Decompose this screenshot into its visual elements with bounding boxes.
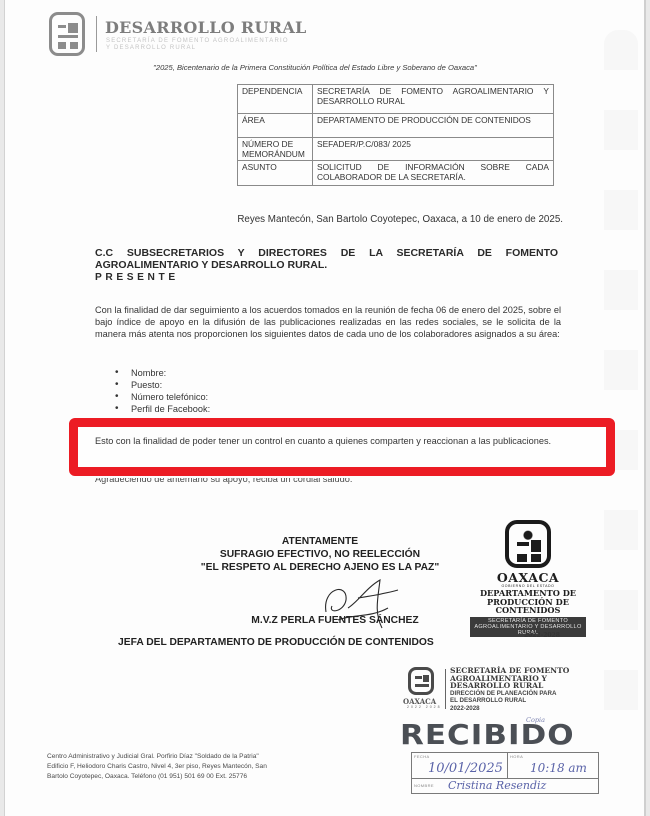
list-item: Puesto: xyxy=(115,379,210,391)
recv-secretaria: SECRETARÍA DE FOMENTO AGROALIMENTARIO Y … xyxy=(450,667,585,690)
time-label: HORA xyxy=(510,754,523,759)
name-label: NOMBRE xyxy=(414,783,434,788)
signer-title: JEFA DEL DEPARTAMENTO DE PRODUCCIÓN DE C… xyxy=(118,637,434,648)
row-value: SOLICITUD DE INFORMACIÓN SOBRE CADA COLA… xyxy=(313,161,554,186)
watermark-pattern xyxy=(604,30,638,730)
recv-period: 2022-2028 xyxy=(450,705,480,712)
recv-direccion: DIRECCIÓN DE PLANEACIÓN PARA EL DESARROL… xyxy=(450,690,560,704)
stamp-department: DEPARTAMENTO DE PRODUCCIÓN DE CONTENIDOS xyxy=(463,589,593,615)
row-value: SEFADER/P.C/083/ 2025 xyxy=(313,138,554,161)
signer-name: M.V.Z PERLA FUENTES SÁNCHEZ xyxy=(180,615,490,626)
table-row: ASUNTO SOLICITUD DE INFORMACIÓN SOBRE CA… xyxy=(238,161,554,186)
memo-info-table: DEPENDENCIA SECRETARÍA DE FOMENTO AGROAL… xyxy=(237,84,554,186)
stamp-years: 2022-2028 xyxy=(524,632,560,639)
name-value: Cristina Resendiz xyxy=(448,779,546,792)
oaxaca-emblem-icon xyxy=(505,520,551,568)
table-row: NÚMERO DE MEMORÁNDUM SEFADER/P.C/083/ 20… xyxy=(238,138,554,161)
brand-subtitle: SECRETARÍA DE FOMENTO AGROALIMENTARIO Y … xyxy=(106,38,289,52)
body-paragraph: Con la finalidad de dar seguimiento a lo… xyxy=(95,304,561,340)
requested-fields-list: Nombre: Puesto: Número telefónico: Perfi… xyxy=(115,367,210,415)
received-label: RECIBIDO xyxy=(400,719,575,751)
list-item: Nombre: xyxy=(115,367,210,379)
stamp-state: OAXACA xyxy=(463,570,593,585)
year-motto: "2025, Bicentenario de la Primera Consti… xyxy=(5,63,625,72)
row-label: ASUNTO xyxy=(238,161,313,186)
date-value: 10/01/2025 xyxy=(428,761,503,776)
list-item: Número telefónico: xyxy=(115,391,210,403)
list-item: Perfil de Facebook: xyxy=(115,403,210,415)
recv-years: 2022 2028 xyxy=(407,705,442,709)
date-label: FECHA xyxy=(414,754,430,759)
footer-address: Centro Administrativo y Judicial Gral. P… xyxy=(47,752,347,782)
addressee: C.C SUBSECRETARIOS Y DIRECTORES DE LA SE… xyxy=(95,247,558,271)
sign-off-motto: SUFRAGIO EFECTIVO, NO REELECCIÓN xyxy=(130,549,510,560)
footer-line2: Edificio F, Heliodoro Charis Castro, Niv… xyxy=(47,762,347,772)
table-row: ÁREA DEPARTAMENTO DE PRODUCCIÓN DE CONTE… xyxy=(238,114,554,138)
footer-line3: Bartolo Coyotepec, Oaxaca. Teléfono (01 … xyxy=(47,772,347,782)
row-label: ÁREA xyxy=(238,114,313,138)
table-row: DEPENDENCIA SECRETARÍA DE FOMENTO AGROAL… xyxy=(238,85,554,114)
presente-label: PRESENTE xyxy=(95,272,179,283)
header-divider xyxy=(96,16,97,52)
grid-divider xyxy=(507,753,508,779)
brand-subtitle-line2: Y DESARROLLO RURAL xyxy=(106,45,289,52)
highlighted-paragraph: Esto con la finalidad de poder tener un … xyxy=(95,435,565,447)
red-highlight-annotation xyxy=(69,418,615,476)
footer-line1: Centro Administrativo y Judicial Gral. P… xyxy=(47,752,347,762)
brand-subtitle-line1: SECRETARÍA DE FOMENTO AGROALIMENTARIO xyxy=(106,38,289,45)
government-emblem-icon xyxy=(49,12,85,56)
brand-title: DESARROLLO RURAL xyxy=(105,18,307,37)
sign-off: ATENTAMENTE xyxy=(130,536,510,547)
department-stamp: OAXACA GOBIERNO DEL ESTADO DEPARTAMENTO … xyxy=(463,520,593,637)
row-value: SECRETARÍA DE FOMENTO AGROALIMENTARIO Y … xyxy=(313,85,554,114)
row-label: NÚMERO DE MEMORÁNDUM xyxy=(238,138,313,161)
received-form: FECHA 10/01/2025 HORA 10:18 am NOMBRE Cr… xyxy=(411,752,599,794)
place-and-date: Reyes Mantecón, San Bartolo Coyotepec, O… xyxy=(237,214,563,225)
sign-off-quote: "EL RESPETO AL DERECHO AJENO ES LA PAZ" xyxy=(130,562,510,573)
recv-divider xyxy=(445,669,446,709)
time-value: 10:18 am xyxy=(530,761,587,775)
row-label: DEPENDENCIA xyxy=(238,85,313,114)
oaxaca-emblem-icon xyxy=(408,667,434,695)
row-value: DEPARTAMENTO DE PRODUCCIÓN DE CONTENIDOS xyxy=(313,114,554,138)
